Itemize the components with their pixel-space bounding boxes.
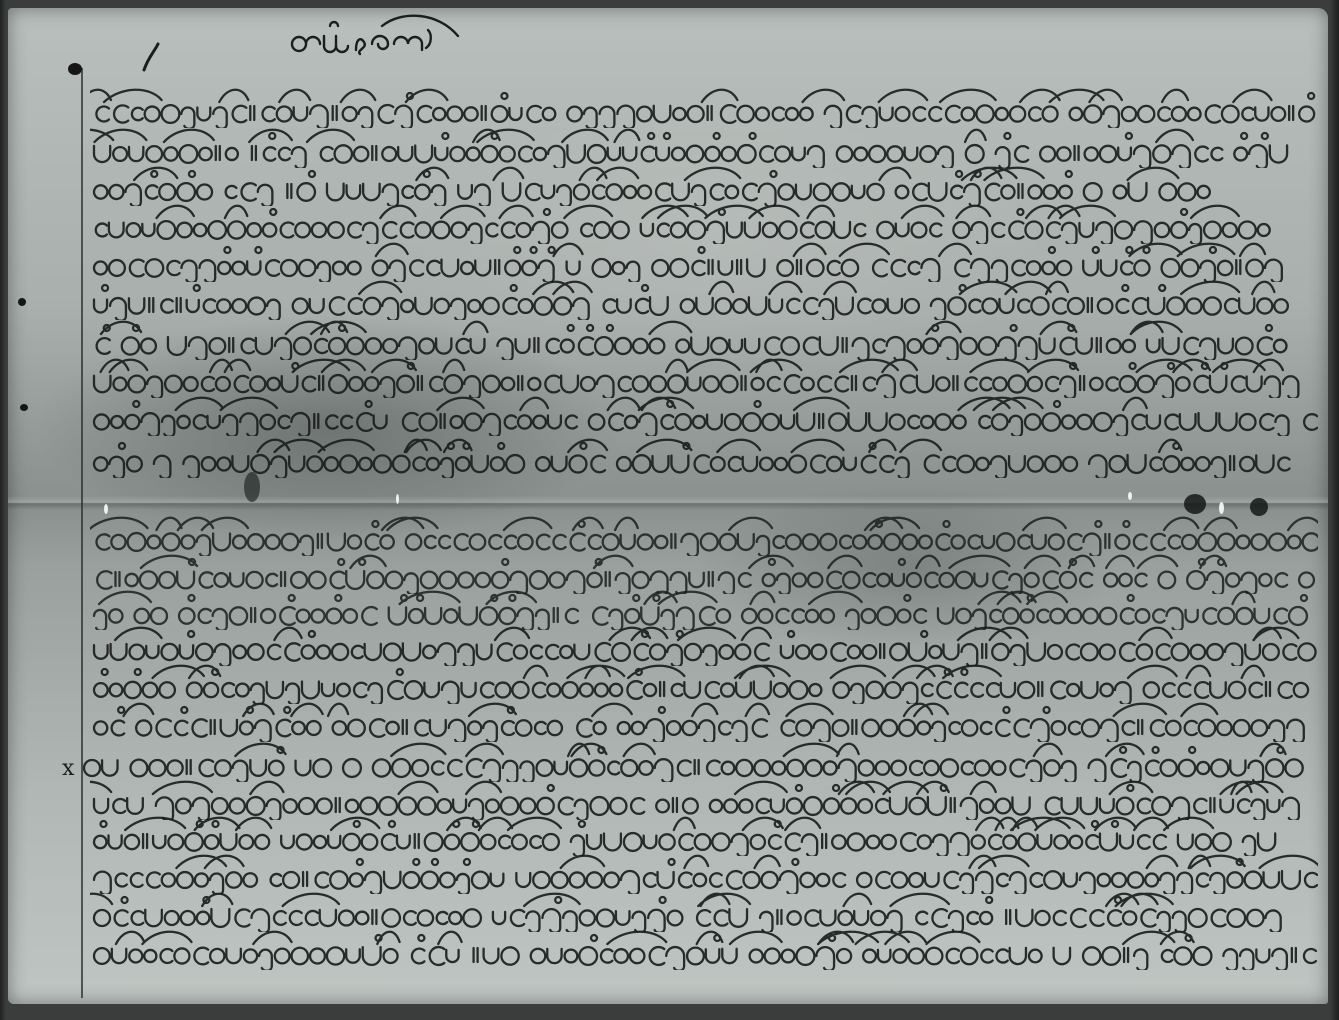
script-line [90,84,1318,128]
ink-blot [20,404,28,411]
script-line [90,392,1318,436]
script-line [90,698,1318,742]
manuscript-body [8,8,1328,1004]
paper-speck [1219,502,1224,514]
ink-blot [68,63,82,75]
paper-speck [396,494,399,504]
ink-blot [244,472,260,502]
paper-speck [104,504,108,514]
script-line [90,276,1305,320]
ink-blot [1250,498,1268,516]
ink-blot [1184,494,1206,514]
ink-blot [18,298,26,306]
paper-speck [1128,492,1132,500]
script-line [90,434,1295,478]
manuscript-page: တယ်နံ့လော x [8,8,1328,1004]
script-line [90,926,1318,970]
